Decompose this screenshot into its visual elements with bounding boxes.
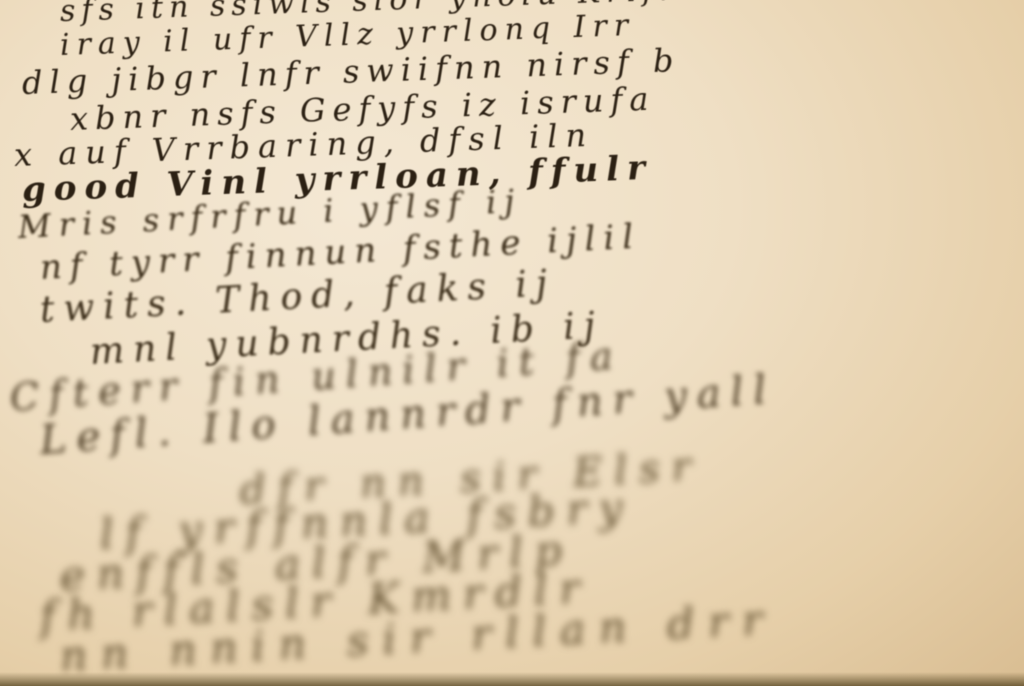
handwritten-letter-photo: sfs itn ssiwis slor ynolu Krlfr iray il … [0, 0, 1024, 686]
